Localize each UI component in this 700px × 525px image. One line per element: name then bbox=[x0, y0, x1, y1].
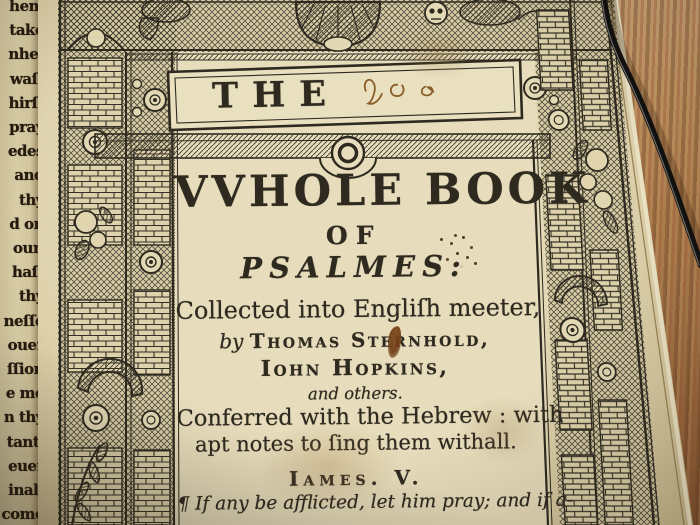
photo-frame: hem take nhe- waſt hirſt pray edes and t… bbox=[0, 0, 700, 525]
james-ref: Iames. V. bbox=[289, 465, 424, 490]
scripture-quote: ¶ If any be afflicted, let him pray; and… bbox=[177, 490, 535, 515]
title-page: THE VVHOLE BOOK OF PSALMES: Collected in… bbox=[38, 0, 694, 525]
title-text-block: VVHOLE BOOK OF PSALMES: Collected into E… bbox=[172, 0, 535, 525]
collected-line: Collected into Engliſh meeter, bbox=[175, 293, 533, 325]
author-line-1: by Thomas Sternhold, bbox=[176, 326, 534, 354]
conferred-line-1: Conferred with the Hebrew : with bbox=[176, 402, 534, 432]
author-hopkins: Iohn Hopkins, bbox=[261, 354, 450, 382]
psalmes-line: PSALMES: bbox=[175, 248, 533, 286]
main-title: VVHOLE BOOK bbox=[174, 164, 533, 218]
author-sternhold: Thomas Sternhold, bbox=[250, 327, 491, 354]
of-line: OF bbox=[175, 219, 533, 252]
conferred-line-2: apt notes to ſing them withall. bbox=[177, 429, 535, 457]
ink-spatter-dots bbox=[440, 238, 443, 241]
and-others-line: and others. bbox=[176, 382, 534, 405]
by-word: by bbox=[219, 329, 243, 353]
scripture-reference: Iames. V. bbox=[177, 464, 535, 492]
author-line-2: Iohn Hopkins, bbox=[176, 353, 534, 383]
